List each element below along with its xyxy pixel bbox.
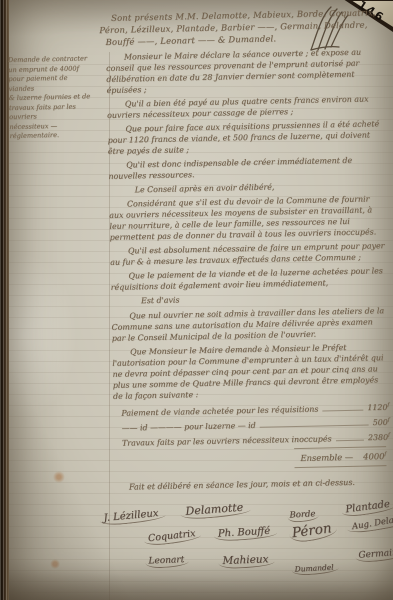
signature: Coquatrix [147, 528, 196, 544]
signature: Germain [358, 548, 393, 561]
margin-note-line: & luzerne fournies et de [9, 92, 95, 103]
body-paragraph: Qu'il est absolument nécessaire de faire… [110, 240, 386, 268]
dash-leader [260, 418, 369, 427]
signature: Plantade [345, 499, 391, 516]
signature: Mahieux [222, 553, 268, 567]
dash-leader [335, 433, 364, 441]
margin-note-line: réglementaire. [9, 130, 95, 141]
signature: Delamotte [185, 501, 244, 518]
signature: Leonart [148, 555, 184, 566]
amount-value: 1120f [367, 400, 389, 413]
amount-label: Paiement de viande achetée pour les réqu… [121, 403, 318, 418]
amount-label: —— id ———— pour luzerne — id [122, 420, 256, 434]
total-label: Ensemble — [300, 452, 353, 464]
register-page: 146 Sont présents M.M. Delamotte, Mabieu… [9, 0, 393, 600]
amounts-table: Paiement de viande achetée pour les réqu… [121, 400, 390, 471]
total-value: 4000f [363, 449, 386, 462]
signature: J. Lézilleux [103, 508, 159, 524]
deliberation-body: Monsieur le Maire déclare la séance ouve… [98, 46, 391, 493]
attendance-list: Sont présents M.M. Delamotte, Mabieux, B… [111, 6, 382, 48]
margin-note-line: travaux faits par les ouvriers [9, 102, 95, 123]
margin-note-line: Demande de contracter [8, 54, 94, 65]
body-paragraph: Qu'il est donc indispensable de créer im… [108, 154, 384, 182]
sum-rule [295, 465, 387, 468]
total-row: Ensemble — 4000f [122, 449, 386, 467]
amount-value: 500f [373, 415, 390, 428]
body-paragraph: Est d'avis [111, 290, 387, 307]
margin-annotation: Demande de contracter un emprunt de 4000… [6, 52, 107, 495]
signature: Borde [289, 509, 315, 520]
signature: Dumandel [294, 563, 333, 574]
amount-value: 2380f [368, 430, 390, 443]
signature: Ph. Bouffé [218, 526, 271, 540]
body-paragraph: Qu'il a bien été payé au plus quatre cen… [107, 93, 383, 121]
manuscript-content: Sont présents M.M. Delamotte, Mabieux, B… [3, 0, 393, 600]
body-paragraph: Que pour faire face aux réquisitions pru… [107, 118, 384, 157]
amount-label: Travaux faits par les ouvriers nécessite… [122, 433, 332, 448]
body-paragraph: Que nul ouvrier ne soit admis à travaill… [111, 305, 388, 344]
photographed-register-page: { "page": { "number": "146", "attendance… [0, 0, 393, 600]
signatures-block: J. Lézilleux Delamotte Borde Plantade Co… [93, 496, 393, 594]
body-paragraph: Considérant que s'il est du devoir de la… [109, 193, 386, 243]
body-paragraph: Monsieur le Maire déclare la séance ouve… [106, 46, 383, 96]
dash-leader [322, 403, 363, 411]
closing-formula: Fait et délibéré en séance les jour, moi… [129, 476, 391, 492]
signature: Péron [291, 520, 332, 541]
body-paragraph: Que le paiement de la viande et de la lu… [110, 265, 386, 293]
body-paragraph: Que Monsieur le Maire demande à Monsieur… [112, 341, 389, 402]
margin-note-line: pour paiement de viandes [8, 73, 94, 94]
